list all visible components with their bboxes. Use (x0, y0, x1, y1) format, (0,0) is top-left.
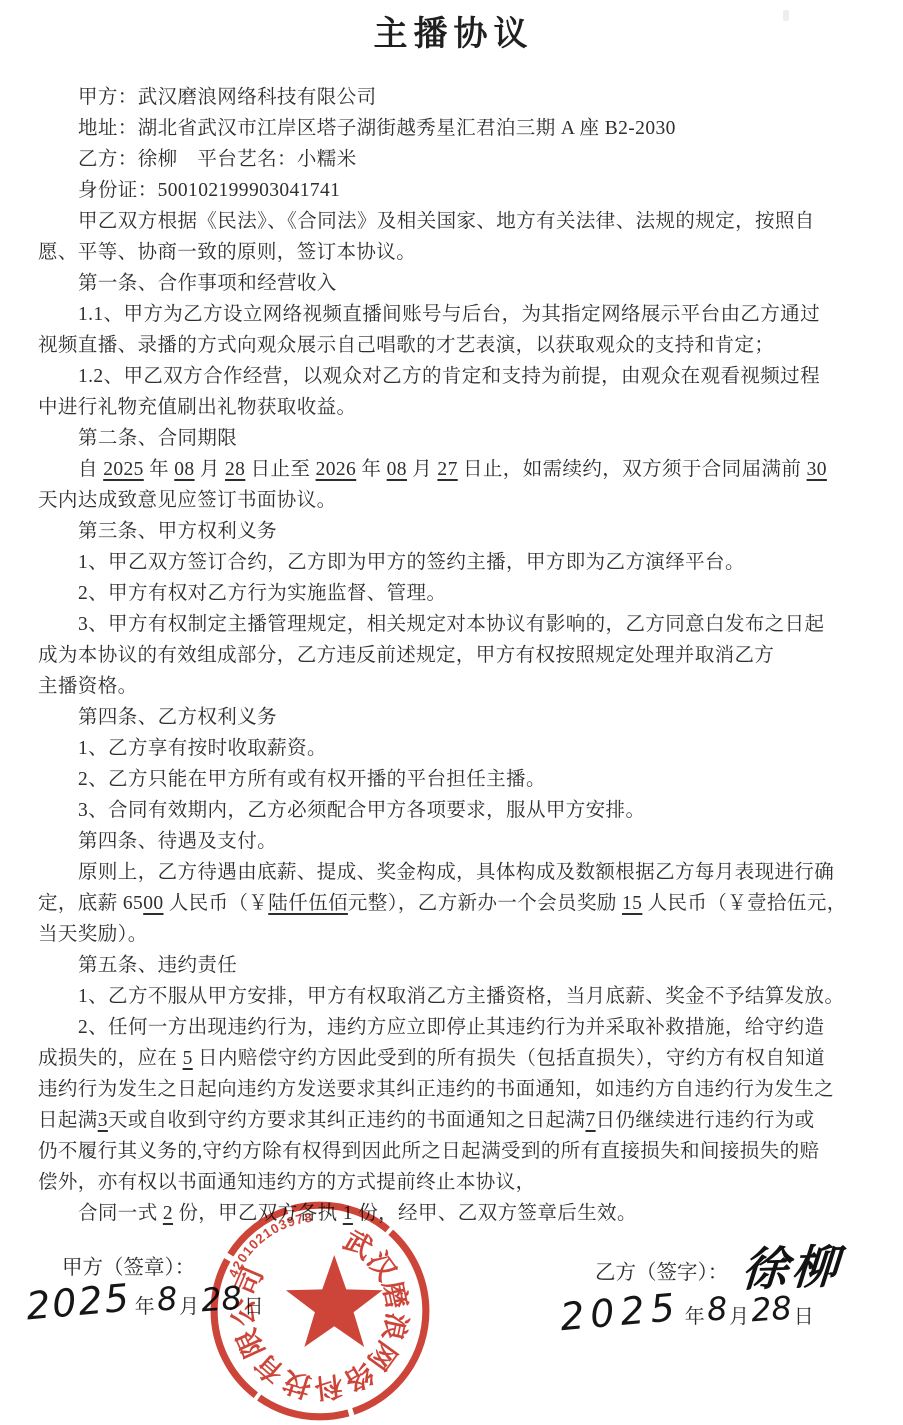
document-line: 1、乙方不服从甲方安排，甲方有权取消乙方主播资格，当月底薪、奖金不予结算发放。 (38, 981, 869, 1012)
text-run: 1、乙方享有按时收取薪资。 (78, 738, 327, 759)
handwritten-month: 8 (155, 1279, 178, 1318)
document-line: 偿外，亦有权以书面通知违约方的方式提前终止本协议， (38, 1167, 869, 1198)
text-run: 身份证：500102199903041741 (78, 180, 340, 201)
text-run: 2、任何一方出现违约行为，违约方应立即停止其违约行为并采取补救措施，给守约造 (78, 1017, 824, 1038)
text-run: 月 (195, 459, 225, 480)
document-line: 第五条、违约责任 (38, 950, 869, 981)
text-run: 视频直播、录播的方式向观众展示自己唱歌的才艺表演，以获取观众的支持和肯定； (38, 335, 774, 356)
filled-blank: 3 (98, 1110, 108, 1131)
text-run: 3、甲方有权制定主播管理规定，相关规定对本协议有影响的，乙方同意白发布之日起 (78, 614, 824, 635)
text-run: 第四条、乙方权利义务 (78, 707, 277, 728)
text-run: 地址：湖北省武汉市江岸区塔子湖街越秀星汇君泊三期 A 座 B2-2030 (78, 118, 676, 139)
document-line: 3、甲方有权制定主播管理规定，相关规定对本协议有影响的，乙方同意白发布之日起 (38, 609, 869, 640)
company-seal-stamp: 武汉磨浪网络科技有限公司 42010210397878 (208, 1198, 432, 1425)
text-run: 定，底薪 65 (38, 893, 143, 914)
document-line: 主播资格。 (38, 671, 869, 702)
text-run: 第四条、待遇及支付。 (78, 831, 277, 852)
document-line: 自 2025 年 08 月 28 日止至 2026 年 08 月 27 日止，如… (38, 454, 869, 485)
text-run: 1.2、甲乙双方合作经营，以观众对乙方的肯定和支持为前提，由观众在观看视频过程 (78, 366, 820, 387)
filled-blank: 5 (183, 1048, 193, 1069)
filled-blank: 陆仟伍佰 (268, 893, 348, 914)
text-run: 乙方：徐柳 平台艺名：小糯米 (78, 149, 357, 170)
text-run: 第一条、合作事项和经营收入 (78, 273, 337, 294)
document-line: 第四条、待遇及支付。 (38, 826, 869, 857)
document-line: 视频直播、录播的方式向观众展示自己唱歌的才艺表演，以获取观众的支持和肯定； (38, 330, 869, 361)
text-run: 2、甲方有权对乙方行为实施监督、管理。 (78, 583, 446, 604)
filled-blank: 30 (807, 459, 827, 480)
text-run: 甲方：武汉磨浪网络科技有限公司 (78, 87, 377, 108)
year-unit-label: 年 (685, 1300, 705, 1329)
text-run: 当天奖励）。 (38, 924, 148, 945)
text-run: 成损失的，应在 (38, 1048, 183, 1069)
scan-artifact (783, 10, 789, 21)
document-line: 仍不履行其义务的,守约方除有权得到因此所之日起满受到的所有直接损失和间接损失的赔 (38, 1136, 869, 1167)
filled-blank: 7 (585, 1110, 595, 1131)
text-run: 甲乙双方根据《民法》、《合同法》及相关国家、地方有关法律、法规的规定，按照自 (78, 211, 815, 232)
text-run: 2、乙方只能在甲方所有或有权开播的平台担任主播。 (78, 769, 546, 790)
month-unit-label: 月 (729, 1300, 749, 1329)
text-run: 违约行为发生之日起向违约方发送要求其纠正违约的书面通知，如违约方自违约行为发生之 (38, 1079, 834, 1100)
company-seal-graphic: 武汉磨浪网络科技有限公司 42010210397878 (208, 1198, 432, 1425)
document-line: 2、任何一方出现违约行为，违约方应立即停止其违约行为并采取补救措施，给守约造 (38, 1012, 869, 1043)
document-line: 成为本协议的有效组成部分，乙方违反前述规定，甲方有权按照规定处理并取消乙方 (38, 640, 869, 671)
document-line: 原则上，乙方待遇由底薪、提成、奖金构成，具体构成及数额根据乙方每月表现进行确 (38, 857, 869, 888)
text-run: 偿外，亦有权以书面通知违约方的方式提前终止本协议， (38, 1172, 536, 1193)
document-line: 1、甲乙双方签订合约，乙方即为甲方的签约主播，甲方即为乙方演绎平台。 (38, 547, 869, 578)
text-run: 日起满 (38, 1110, 98, 1131)
document-line: 乙方：徐柳 平台艺名：小糯米 (38, 144, 869, 175)
filled-blank: 15 (622, 893, 642, 914)
filled-blank: 2025 (103, 459, 144, 480)
text-run: 元整），乙方新办一个会员奖励 (348, 893, 622, 914)
text-run: 年 (144, 459, 174, 480)
handwritten-year: 2025 (558, 1285, 682, 1339)
text-run: 年 (356, 459, 386, 480)
document-line: 第四条、乙方权利义务 (38, 702, 869, 733)
month-unit-label: 月 (179, 1290, 199, 1319)
document-line: 天内达成致意见应签订书面协议。 (38, 485, 869, 516)
document-line: 3、合同有效期内，乙方必须配合甲方各项要求，服从甲方安排。 (38, 795, 869, 826)
text-run: 人民币（￥壹拾伍元， (642, 893, 846, 914)
document-line: 2、甲方有权对乙方行为实施监督、管理。 (38, 578, 869, 609)
party-b-date: 2025 年 8 月 28 日 (560, 1290, 814, 1334)
text-run: 中进行礼物充值刷出礼物获取收益。 (38, 397, 356, 418)
text-run: 月 (407, 459, 437, 480)
document-line: 2、乙方只能在甲方所有或有权开播的平台担任主播。 (38, 764, 869, 795)
contract-body: 主播协议 甲方：武汉磨浪网络科技有限公司地址：湖北省武汉市江岸区塔子湖街越秀星汇… (0, 0, 903, 1229)
text-run: 成为本协议的有效组成部分，乙方违反前述规定，甲方有权按照规定处理并取消乙方 (38, 645, 774, 666)
text-run: 1、甲乙双方签订合约，乙方即为甲方的签约主播，甲方即为乙方演绎平台。 (78, 552, 745, 573)
document-line: 中进行礼物充值刷出礼物获取收益。 (38, 392, 869, 423)
document-lines: 甲方：武汉磨浪网络科技有限公司地址：湖北省武汉市江岸区塔子湖街越秀星汇君泊三期 … (38, 82, 869, 1229)
text-run: 第三条、甲方权利义务 (78, 521, 277, 542)
text-run: 愿、平等、协商一致的原则，签订本协议。 (38, 242, 416, 263)
handwritten-day: 28 (750, 1289, 793, 1330)
text-run: 天或自收到守约方要求其纠正违约的书面通知之日起满 (108, 1110, 586, 1131)
party-b-signature-label: 乙方（签字）： (595, 1255, 728, 1285)
text-run: 日止至 (245, 459, 315, 480)
document-line: 违约行为发生之日起向违约方发送要求其纠正违约的书面通知，如违约方自违约行为发生之 (38, 1074, 869, 1105)
document-line: 成损失的，应在 5 日内赔偿守约方因此受到的所有损失（包括直损失），守约方有权自… (38, 1043, 869, 1074)
text-run: 第二条、合同期限 (78, 428, 237, 449)
filled-blank: 08 (174, 459, 194, 480)
document-line: 愿、平等、协商一致的原则，签订本协议。 (38, 237, 869, 268)
document-line: 1.1、甲方为乙方设立网络视频直播间账号与后台，为其指定网络展示平台由乙方通过 (38, 299, 869, 330)
text-run: 1、乙方不服从甲方安排，甲方有权取消乙方主播资格，当月底薪、奖金不予结算发放。 (78, 986, 844, 1007)
text-run: 仍不履行其义务的,守约方除有权得到因此所之日起满受到的所有直接损失和间接损失的赔 (38, 1141, 819, 1162)
text-run: 3、合同有效期内，乙方必须配合甲方各项要求，服从甲方安排。 (78, 800, 645, 821)
document-line: 甲方：武汉磨浪网络科技有限公司 (38, 82, 869, 113)
document-line: 日起满3天或自收到守约方要求其纠正违约的书面通知之日起满7日仍继续进行违约行为或 (38, 1105, 869, 1136)
document-line: 当天奖励）。 (38, 919, 869, 950)
document-line: 身份证：500102199903041741 (38, 175, 869, 206)
text-run: 主播资格。 (38, 676, 138, 697)
text-run: 日内赔偿守约方因此受到的所有损失（包括直损失），守约方有权自知道 (193, 1048, 825, 1069)
document-line: 定，底薪 6500 人民币（￥陆仟伍佰元整），乙方新办一个会员奖励 15 人民币… (38, 888, 869, 919)
text-run: 日止，如需续约，双方须于合同届满前 (458, 459, 807, 480)
day-unit-label: 日 (794, 1300, 814, 1329)
filled-blank: 00 (143, 893, 163, 914)
text-run: 原则上，乙方待遇由底薪、提成、奖金构成，具体构成及数额根据乙方每月表现进行确 (78, 862, 834, 883)
document-line: 甲乙双方根据《民法》、《合同法》及相关国家、地方有关法律、法规的规定，按照自 (38, 206, 869, 237)
filled-blank: 08 (387, 459, 407, 480)
filled-blank: 28 (225, 459, 245, 480)
text-run: 第五条、违约责任 (78, 955, 237, 976)
document-line: 1、乙方享有按时收取薪资。 (38, 733, 869, 764)
text-run: 人民币（￥ (164, 893, 269, 914)
text-run: 1.1、甲方为乙方设立网络视频直播间账号与后台，为其指定网络展示平台由乙方通过 (78, 304, 820, 325)
text-run: 天内达成致意见应签订书面协议。 (38, 490, 337, 511)
filled-blank: 2026 (316, 459, 357, 480)
filled-blank: 27 (437, 459, 457, 480)
text-run: 日仍继续进行违约行为或 (596, 1110, 815, 1131)
text-run: 自 (78, 459, 103, 480)
page-title: 主播协议 (38, 12, 869, 56)
handwritten-month: 8 (705, 1289, 728, 1328)
document-line: 1.2、甲乙双方合作经营，以观众对乙方的肯定和支持为前提，由观众在观看视频过程 (38, 361, 869, 392)
text-run: 合同一式 (78, 1203, 163, 1224)
handwritten-year: 2025 (24, 1276, 132, 1329)
document-line: 第三条、甲方权利义务 (38, 516, 869, 547)
document-line: 第二条、合同期限 (38, 423, 869, 454)
scanned-contract-page: { "page": { "background": "#ffffff", "te… (0, 0, 903, 1425)
filled-blank: 2 (163, 1203, 173, 1224)
document-line: 第一条、合作事项和经营收入 (38, 268, 869, 299)
document-line: 地址：湖北省武汉市江岸区塔子湖街越秀星汇君泊三期 A 座 B2-2030 (38, 113, 869, 144)
year-unit-label: 年 (135, 1290, 155, 1319)
document-line: 合同一式 2 份，甲乙双方各执 1 份，经甲、乙双方签章后生效。 (38, 1198, 869, 1229)
